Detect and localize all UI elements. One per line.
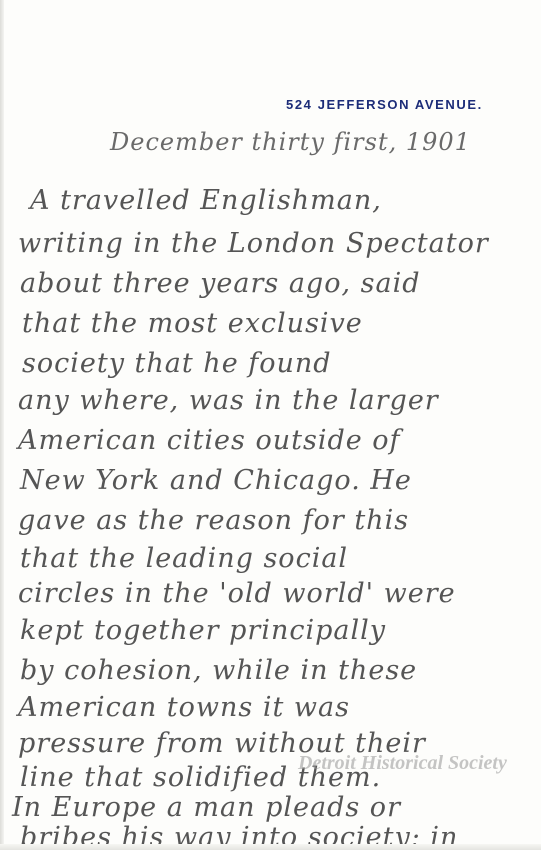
body-line: gave as the reason for this <box>18 505 409 536</box>
body-line: kept together principally <box>20 615 386 646</box>
body-line: American towns it was <box>18 692 350 723</box>
body-line: about three years ago, said <box>20 268 421 299</box>
handwritten-date: December thirty first, 1901 <box>110 128 471 156</box>
page-left-edge <box>0 0 4 850</box>
body-line: American cities outside of <box>18 425 401 456</box>
body-line: any where, was in the larger <box>18 385 439 416</box>
body-line: society that he found <box>22 348 332 379</box>
letterhead-address: 524 JEFFERSON AVENUE. <box>286 97 483 112</box>
body-line: that the most exclusive <box>22 308 363 339</box>
page-bottom-edge <box>0 844 541 850</box>
body-line: In Europe a man pleads or <box>12 792 401 823</box>
body-line: writing in the London Spectator <box>18 228 489 259</box>
watermark: Detroit Historical Society <box>298 752 507 775</box>
letter-page: 524 JEFFERSON AVENUE. December thirty fi… <box>0 0 541 850</box>
body-line: A travelled Englishman, <box>30 185 382 216</box>
body-line: New York and Chicago. He <box>20 465 412 496</box>
body-line: by cohesion, while in these <box>20 655 417 686</box>
body-line: that the leading social <box>20 543 348 574</box>
body-line: circles in the 'old world' were <box>18 578 456 609</box>
